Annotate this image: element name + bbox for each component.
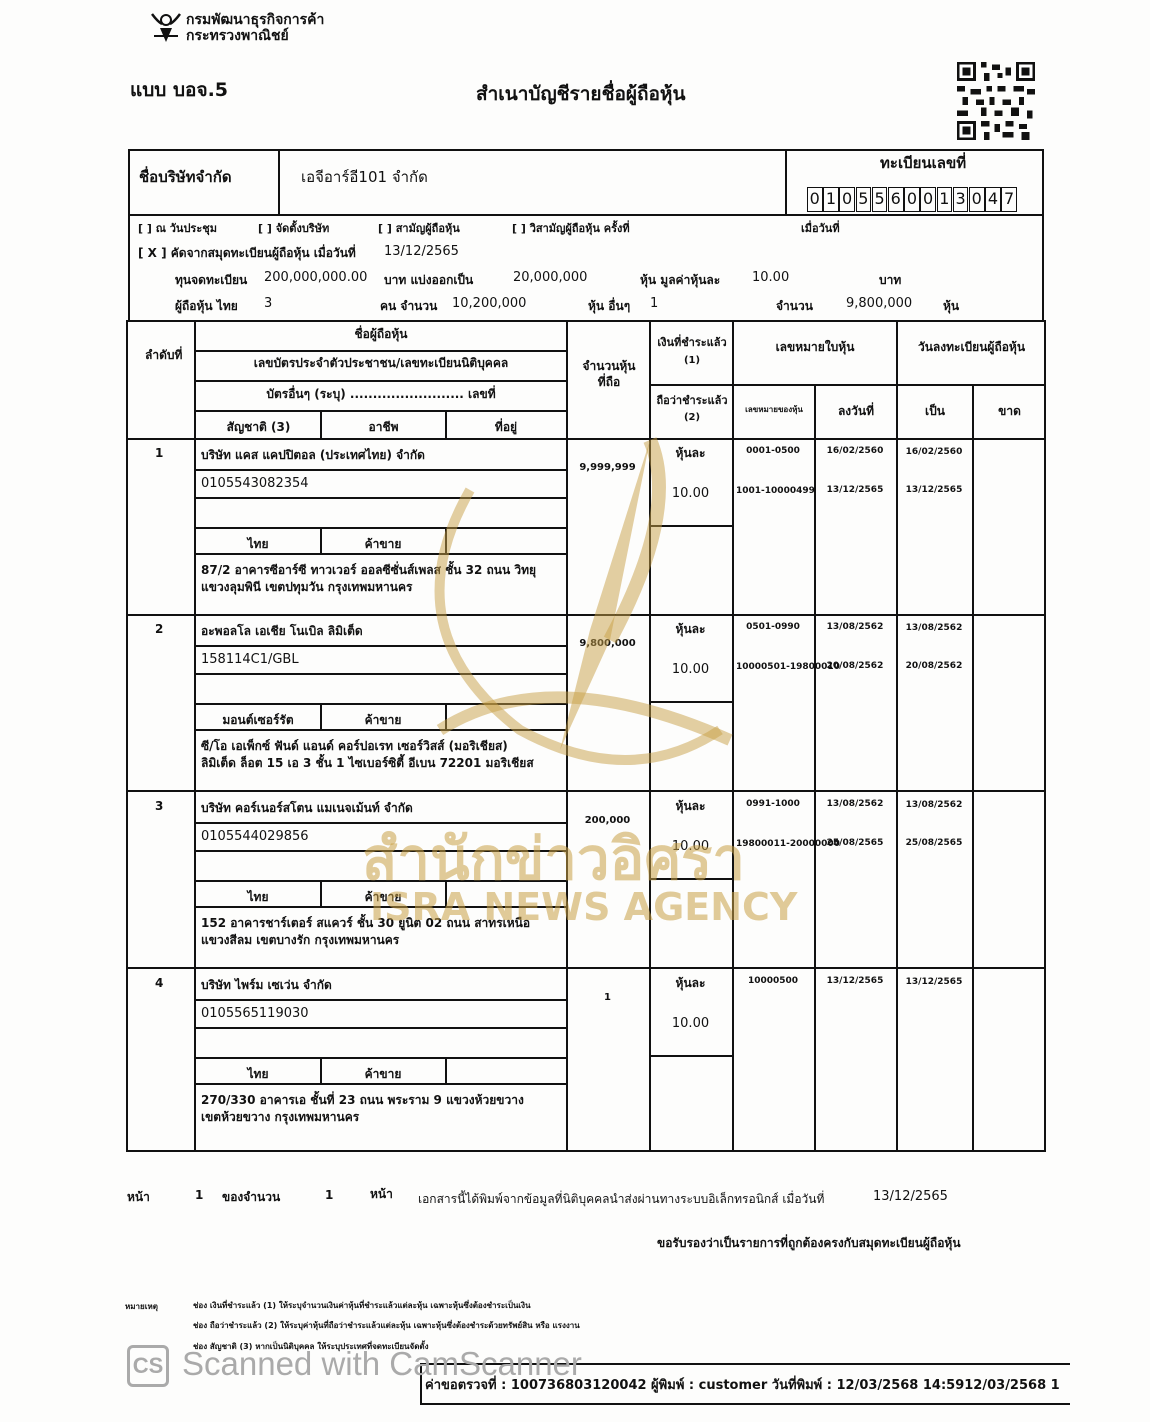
cert-number-1: 0991-1000 [732,799,814,809]
header-shares-held: จำนวนหุ้น ที่ถือ [568,358,650,390]
option-register-copy: [ X ] คัดจากสมุดทะเบียนผู้ถือหุ้น เมื่อว… [138,244,356,263]
persons-amount-label: คน จำนวน [380,297,437,316]
company-name-value: เอจีอาร์อี101 จำกัด [301,165,428,189]
shares-unit: หุ้น [943,297,959,316]
grid-line [445,1057,447,1083]
option-meeting-date: [ ] ณ วันประชุม [138,219,217,237]
holder-id: 0105544029856 [201,829,309,844]
holder-seq: 2 [155,622,163,636]
header-register-date: วันลงทะเบียนผู้ถือหุ้น [897,338,1046,357]
cert-date-1: 13/08/2562 [814,799,896,809]
option-company-founding: [ ] จัดตั้งบริษัท [258,219,329,237]
quill-pen-watermark-icon [400,430,740,800]
header-seq: ลำดับที่ [145,346,182,365]
header-paid-num: (1) [651,355,733,366]
thai-holders-label: ผู้ถือหุ้น ไทย [175,297,238,316]
per-share-label: หุ้นละ [649,974,732,993]
cert-date-1: 16/02/2560 [814,446,896,456]
registration-label: ทะเบียนเลขที่ [880,151,966,175]
grid-line [194,380,566,382]
option-ordinary-meeting: [ ] สามัญผู้ถือหุ้น [378,219,460,237]
grid-line [649,1055,732,1057]
holder-name: บริษัท ไพร์ม เซเว่น จำกัด [201,976,332,995]
thai-holders-count: 3 [264,296,272,311]
grid-line [194,350,566,352]
header-id-number: เลขบัตรประจำตัวประชาชน/เลขทะเบียนนิติบุค… [196,354,566,373]
cert-date-2: 25/08/2565 [814,838,896,848]
grid-line [814,385,816,1152]
holder-nationality: ไทย [196,1065,320,1084]
certification-text: ขอรับรองว่าเป็นรายการที่ถูกต้องครงกับสมุ… [657,1234,961,1253]
became-date-2: 20/08/2562 [896,661,972,671]
header-deemed-paid: ถือว่าชำระแล้ว [651,391,733,409]
holder-name: อะพอลโล เอเชีย โนเบิล ลิมิเต็ด [201,622,363,641]
total-shares-value: 20,000,000 [513,270,587,285]
remark-1: ช่อง เงินที่ชำระแล้ว (1) ให้ระบุจำนวนเงิ… [193,1299,531,1312]
registration-digit: 0 [904,187,920,212]
grid-line [194,1027,566,1029]
became-date-1: 16/02/2560 [896,447,972,457]
holder-nationality: ไทย [196,535,320,554]
header-other-card: บัตรอื่นๆ (ระบุ) .......................… [196,385,566,404]
page-label-2: หน้า [370,1185,393,1204]
holder-seq: 4 [155,976,163,990]
other-shares-value: 9,800,000 [846,296,912,311]
document-page: กรมพัฒนาธุรกิจการค้า กระทรวงพาณิชย์ แบบ … [0,0,1150,1422]
registration-digit: 0 [839,187,855,212]
registration-digit: 5 [872,187,888,212]
company-name-label: ชื่อบริษัทจำกัด [139,165,232,189]
ministry-name: กระทรวงพาณิชย์ [186,25,289,47]
cert-date-2: 13/12/2565 [814,485,896,495]
header-paid: เงินที่ชำระแล้ว [651,333,733,351]
registration-digit: 7 [1001,187,1017,212]
became-date-1: 13/08/2562 [896,623,972,633]
cert-date-2: 20/08/2562 [814,661,896,671]
option-extraordinary-meeting: [ ] วิสามัญผู้ถือหุ้น ครั้งที่ [512,219,630,237]
grid-line [649,384,1046,386]
holder-seq: 1 [155,446,163,460]
cert-number-1: 0001-0500 [732,446,814,456]
header-cert-numbers: เลขหมายใบหุ้น [733,338,897,357]
holder-address-line2: แขวงลุมพินี เขตปทุมวัน กรุงเทพมหานคร [201,578,412,597]
registration-digit: 1 [823,187,839,212]
other-holders-count: 1 [650,296,658,311]
printed-note: เอกสารนี้ได้พิมพ์จากข้อมูลที่นิติบุคคลนำ… [418,1190,824,1209]
registration-digit: 6 [888,187,904,212]
page-number: 1 [195,1188,203,1202]
par-value-label: หุ้น มูลค่าหุ้นละ [640,271,720,290]
cert-number-1: 0501-0990 [732,622,814,632]
holder-nationality: ไทย [196,888,320,907]
qr-code-icon [953,62,1039,140]
registration-digit: 0 [969,187,985,212]
watermark-english: ISRA NEWS AGENCY [370,885,797,929]
registration-digit: 0 [920,187,936,212]
other-amount-label: จำนวน [776,297,813,316]
header-holder-name: ชื่อผู้ถือหุ้น [196,325,566,344]
cert-number-2: 1001-10000499 [736,486,815,496]
holder-address-line2: แขวงสีลม เขตบางรัก กรุงเทพมหานคร [201,931,399,950]
document-title: สำเนาบัญชีรายชื่อผู้ถือหุ้น [476,79,685,109]
registration-digit: 0 [807,187,823,212]
registered-capital-value: 200,000,000.00 [264,270,367,285]
thai-shares-value: 10,200,000 [452,296,526,311]
header-ceased: ขาด [973,402,1046,421]
of-total-label: ของจำนวน [222,1188,280,1207]
cert-date-1: 13/08/2562 [814,622,896,632]
holder-name: บริษัท แคส แคปปิตอล (ประเทศไทย) จำกัด [201,446,425,465]
header-share-numbers: เลขหมายของหุ้น [733,403,815,416]
page-label: หน้า [127,1188,150,1207]
divided-label: บาท แบ่งออกเป็น [384,271,473,290]
became-date-1: 13/12/2565 [896,977,972,987]
holder-occupation: ค้าขาย [321,1065,445,1084]
meeting-date-label: เมื่อวันที่ [801,219,840,237]
header-became: เป็น [897,402,973,421]
holder-id: 0105565119030 [201,1006,309,1021]
grid-line [126,967,1046,969]
other-holders-label: หุ้น อื่นๆ [588,297,630,316]
grid-line [194,1057,566,1059]
remarks-label: หมายเหตุ [125,1300,158,1313]
garuda-emblem-icon [150,8,182,44]
holder-seq: 3 [155,799,163,813]
printed-date: 13/12/2565 [873,1189,948,1204]
camscanner-text: Scanned with CamScanner [182,1345,582,1383]
registration-digit: 4 [985,187,1001,212]
grid-line [972,385,974,1152]
header-deemed-num: (2) [651,412,733,423]
became-date-1: 13/08/2562 [896,800,972,810]
registration-digit: 1 [937,187,953,212]
remark-2: ช่อง ถือว่าชำระแล้ว (2) ให้ระบุค่าหุ้นที… [193,1319,580,1332]
grid-line [896,320,898,1152]
holder-address-line2: เขตห้วยขวาง กรุงเทพมหานคร [201,1108,359,1127]
baht-label: บาท [879,271,901,290]
grid-line [194,410,566,412]
cert-date-1: 13/12/2565 [814,976,896,986]
header-nationality: สัญชาติ (3) [196,418,321,437]
registration-digit: 5 [856,187,872,212]
total-pages: 1 [325,1188,333,1202]
paid-amount: 10.00 [649,1016,732,1031]
became-date-2: 13/12/2565 [896,485,972,495]
registration-digit: 3 [953,187,969,212]
cert-number-1: 10000500 [732,976,814,986]
grid-line [194,999,566,1001]
holder-nationality: มอนต์เซอร์รัต [196,711,320,730]
register-copy-date: 13/12/2565 [384,244,459,259]
camscanner-logo-icon: CS [127,1345,169,1387]
registered-capital-label: ทุนจดทะเบียน [175,271,247,290]
header-dated: ลงวันที่ [815,402,897,421]
became-date-2: 25/08/2565 [896,838,972,848]
holder-id: 0105543082354 [201,476,309,491]
holder-shares: 1 [566,992,649,1003]
form-code: แบบ บอจ.5 [130,75,228,105]
par-value: 10.00 [752,270,789,285]
holder-id: 158114C1/GBL [201,652,299,667]
